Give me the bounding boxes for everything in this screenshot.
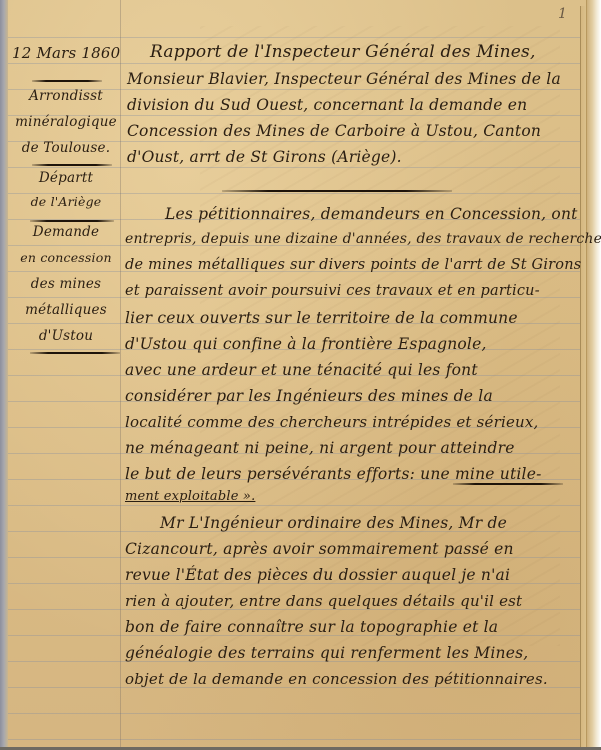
paragraph-1-line-7: avec une ardeur et une ténacité qui les … (125, 361, 478, 379)
heading-line-2: Monsieur Blavier, Inspecteur Général des… (127, 70, 561, 88)
emphasis-underline (453, 483, 563, 485)
page-number: 1 (558, 6, 567, 22)
manuscript-page: 1 12 Mars 1860 Arrondisst minéralogique … (0, 0, 601, 750)
heading-line-5: d'Oust, arrt de St Girons (Ariège). (127, 148, 402, 166)
heading-line-3: division du Sud Ouest, concernant la dem… (127, 96, 527, 114)
paragraph-1-line-3: de mines métalliques sur divers points d… (125, 257, 581, 273)
paragraph-1-line-12: ment exploitable ». (125, 489, 255, 504)
margin-separator (30, 352, 120, 354)
paragraph-2-line-2: Cizancourt, après avoir sommairement pas… (125, 540, 514, 558)
paragraph-1-line-2: entrepris, depuis une dizaine d'années, … (125, 231, 601, 247)
paragraph-2-line-1: Mr L'Ingénieur ordinaire des Mines, Mr d… (160, 514, 507, 532)
margin-subject-line-1: Demande (12, 224, 120, 240)
paragraph-2-line-6: généalogie des terrains qui renferment l… (125, 644, 528, 662)
stacked-page-edges (586, 0, 601, 750)
margin-date: 12 Mars 1860 (12, 44, 120, 62)
paragraph-1-line-6: d'Ustou qui confine à la frontière Espag… (125, 335, 487, 353)
margin-subject-line-5: d'Ustou (12, 328, 120, 344)
margin-subject-line-3: des mines (12, 276, 120, 292)
margin-arrondissement-line-2: minéralogique (12, 114, 120, 130)
heading-separator (222, 190, 452, 192)
paragraph-1-line-4: et paraissent avoir poursuivi ces travau… (125, 283, 540, 299)
margin-departement-line-1: Départt (12, 170, 120, 186)
margin-separator (32, 164, 112, 166)
paragraph-2-line-4: rien à ajouter, entre dans quelques déta… (125, 592, 522, 610)
paragraph-1-line-11: le but de leurs persévérants efforts: un… (125, 465, 542, 483)
paragraph-1-line-8: considérer par les Ingénieurs des mines … (125, 387, 493, 405)
binding-edge (0, 0, 8, 750)
margin-arrondissement-line-3: de Toulouse. (12, 140, 120, 156)
margin-subject-line-4: métalliques (12, 302, 120, 318)
margin-subject-line-2: en concession (12, 250, 120, 265)
paragraph-1-line-9: localité comme des chercheurs intrépides… (125, 413, 539, 431)
paragraph-1-line-5: lier ceux ouverts sur le territoire de l… (125, 309, 518, 327)
heading-line-4: Concession des Mines de Carboire à Ustou… (127, 122, 541, 140)
margin-divider (120, 0, 121, 750)
margin-departement-line-2: de l'Ariège (12, 194, 120, 209)
paragraph-1-line-1: Les pétitionnaires, demandeurs en Conces… (165, 205, 578, 223)
report-title: Rapport de l'Inspecteur Général des Mine… (150, 42, 536, 62)
paragraph-1-line-10: ne ménageant ni peine, ni argent pour at… (125, 439, 515, 457)
margin-arrondissement-line-1: Arrondisst (12, 88, 120, 104)
paragraph-2-line-7: objet de la demande en concession des pé… (125, 670, 548, 688)
margin-separator (30, 220, 114, 222)
paragraph-2-line-5: bon de faire connaître sur la topographi… (125, 618, 498, 636)
margin-separator (32, 80, 102, 82)
paragraph-2-line-3: revue l'État des pièces du dossier auque… (125, 566, 510, 584)
